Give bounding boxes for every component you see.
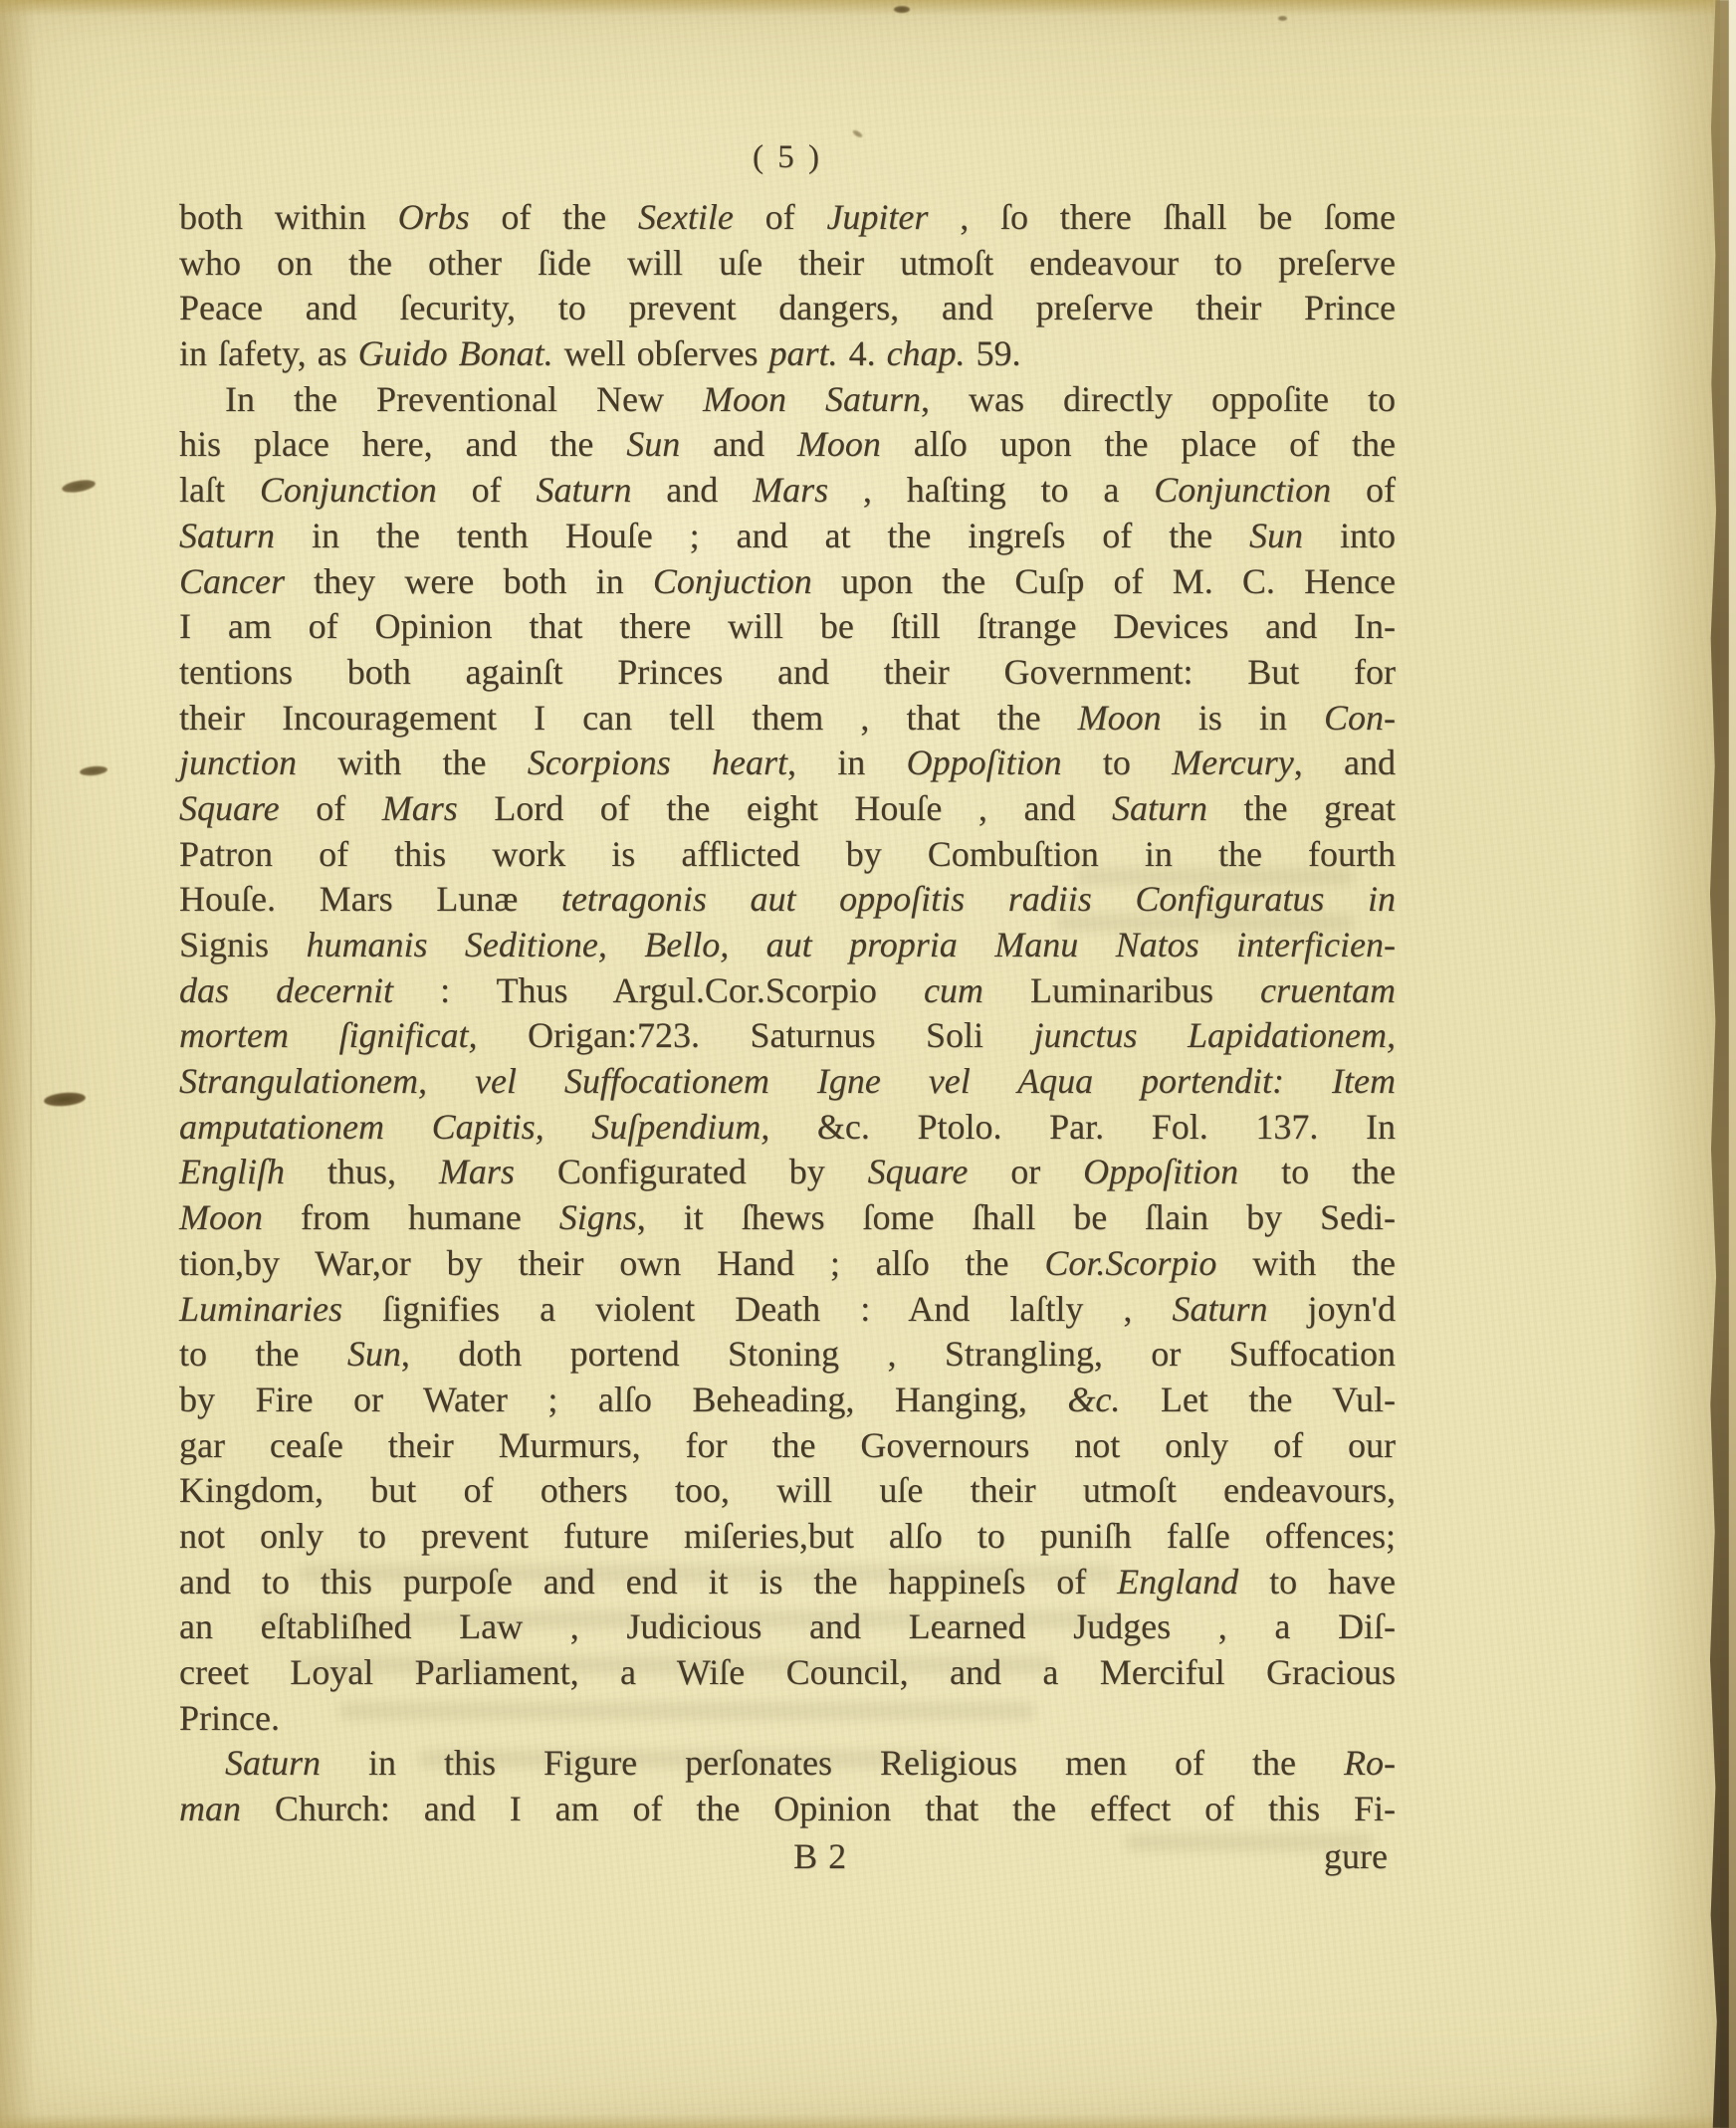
roman-text-segment: to bbox=[1062, 743, 1173, 782]
italic-text-segment: junctus Lapidationem, bbox=[1034, 1015, 1397, 1055]
roman-text-segment: to the bbox=[1238, 1152, 1396, 1191]
roman-text-segment: alſo upon the place of the bbox=[881, 424, 1396, 464]
roman-text-segment: into bbox=[1303, 516, 1396, 555]
italic-text-segment: Sun bbox=[626, 424, 680, 464]
roman-text-segment: is in bbox=[1162, 698, 1324, 738]
text-line: their Incouragement I can tell them , th… bbox=[179, 696, 1396, 742]
roman-text-segment: his place here, and the bbox=[179, 424, 626, 464]
italic-text-segment: Strangulationem, vel Suffocationem Igne … bbox=[179, 1061, 1396, 1101]
text-line: Patron of this work is afflicted by Comb… bbox=[179, 832, 1396, 878]
text-line: laſt Conjunction of Saturn and Mars , ha… bbox=[179, 468, 1396, 514]
roman-text-segment: , in bbox=[787, 743, 907, 782]
roman-text-segment: of bbox=[1331, 470, 1396, 510]
text-line: Houſe. Mars Lunæ tetragonis aut oppoſiti… bbox=[179, 877, 1396, 923]
book-page-scan: ( 5 ) both within Orbs of the Sextile of… bbox=[0, 0, 1736, 2128]
text-line: an eſtabliſhed Law , Judicious and Learn… bbox=[179, 1604, 1396, 1650]
italic-text-segment: Saturn bbox=[536, 470, 631, 510]
italic-text-segment: Orbs bbox=[398, 197, 470, 237]
text-line: and to this purpoſe and end it is the ha… bbox=[179, 1560, 1396, 1605]
roman-text-segment: Lord of the eight Houſe , and bbox=[458, 788, 1112, 828]
roman-text-segment: laſt bbox=[179, 470, 260, 510]
roman-text-segment: Let the Vul- bbox=[1120, 1380, 1396, 1419]
roman-text-segment: : Thus Argul.Cor.Scorpio bbox=[393, 970, 924, 1010]
signature-mark: B 2 bbox=[793, 1834, 846, 1880]
italic-text-segment: cruentam bbox=[1260, 970, 1396, 1010]
roman-text-segment: &c. Ptolo. Par. Fol. 137. In bbox=[769, 1107, 1396, 1147]
italic-text-segment: Saturn bbox=[225, 1743, 321, 1783]
text-line: mortem ſignificat, Origan:723. Saturnus … bbox=[179, 1013, 1396, 1059]
italic-text-segment: Moon Saturn bbox=[703, 379, 921, 419]
italic-text-segment: Moon bbox=[797, 424, 881, 464]
roman-text-segment: Prince. bbox=[179, 1698, 280, 1738]
roman-text-segment: not only to prevent future miſeries,but … bbox=[179, 1516, 1396, 1556]
roman-text-segment: 59. bbox=[966, 333, 1021, 373]
roman-text-segment: and bbox=[680, 424, 797, 464]
text-line: Signis humanis Seditione, Bello, aut pro… bbox=[179, 923, 1396, 968]
text-line: his place here, and the Sun and Moon alſ… bbox=[179, 422, 1396, 468]
italic-text-segment: Engliſh bbox=[179, 1152, 285, 1191]
text-line: Kingdom, but of others too, will uſe the… bbox=[179, 1468, 1396, 1514]
italic-text-segment: Oppoſition bbox=[907, 743, 1062, 782]
signature-line: B 2gure bbox=[179, 1834, 1396, 1880]
italic-text-segment: amputationem Capitis, Suſpendium, bbox=[179, 1107, 769, 1147]
italic-text-segment: Cancer bbox=[179, 561, 285, 601]
roman-text-segment: Church: and I am of the Opinion that the… bbox=[241, 1789, 1396, 1828]
roman-text-segment: , it ſhews ſome ſhall be ſlain by Sedi- bbox=[637, 1197, 1396, 1237]
roman-text-segment: to the bbox=[179, 1334, 347, 1374]
italic-text-segment: cum bbox=[924, 970, 983, 1010]
roman-text-segment: their Incouragement I can tell them , th… bbox=[179, 698, 1078, 738]
roman-text-segment: of bbox=[437, 470, 537, 510]
roman-text-segment: , doth portend Stoning , Strangling, or … bbox=[401, 1334, 1396, 1374]
italic-text-segment: man bbox=[179, 1789, 241, 1828]
italic-text-segment: Luminaries bbox=[179, 1289, 342, 1329]
paper-speck bbox=[852, 128, 864, 138]
roman-text-segment: and to this purpoſe and end it is the ha… bbox=[179, 1562, 1117, 1601]
italic-text-segment: Con- bbox=[1324, 698, 1396, 738]
text-line: Prince. bbox=[179, 1696, 1396, 1742]
roman-text-segment: they were both in bbox=[285, 561, 653, 601]
roman-text-segment: , was directly oppoſite to bbox=[921, 379, 1396, 419]
roman-text-segment: Houſe. Mars Lunæ bbox=[179, 879, 561, 919]
roman-text-segment: creet Loyal Parliament, a Wiſe Council, … bbox=[179, 1652, 1396, 1692]
text-line: to the Sun, doth portend Stoning , Stran… bbox=[179, 1332, 1396, 1378]
binding-crease bbox=[30, 0, 32, 2128]
italic-text-segment: Oppoſition bbox=[1083, 1152, 1238, 1191]
italic-text-segment: Conjunction bbox=[1154, 470, 1331, 510]
text-line: junction with the Scorpions heart, in Op… bbox=[179, 741, 1396, 786]
italic-text-segment: Scorpions heart bbox=[528, 743, 787, 782]
roman-text-segment: tion,by War,or by their own Hand ; alſo … bbox=[179, 1243, 1044, 1283]
roman-text-segment: in this Figure perſonates Religious men … bbox=[321, 1743, 1344, 1783]
text-line: tentions both againſt Princes and their … bbox=[179, 650, 1396, 696]
roman-text-segment: with the bbox=[297, 743, 528, 782]
roman-text-segment: and bbox=[631, 470, 753, 510]
italic-text-segment: Sextile bbox=[638, 197, 734, 237]
roman-text-segment: , ſo there ſhall be ſome bbox=[928, 197, 1396, 237]
roman-text-segment: thus, bbox=[285, 1152, 439, 1191]
italic-text-segment: Mars bbox=[753, 470, 828, 510]
text-line: both within Orbs of the Sextile of Jupit… bbox=[179, 195, 1396, 241]
roman-text-segment: or bbox=[968, 1152, 1083, 1191]
roman-text-segment: of bbox=[280, 788, 382, 828]
italic-text-segment: tetragonis aut oppoſitis radiis Configur… bbox=[561, 879, 1396, 919]
text-line: das decernit : Thus Argul.Cor.Scorpio cu… bbox=[179, 968, 1396, 1014]
italic-text-segment: junction bbox=[179, 743, 297, 782]
italic-text-segment: Mars bbox=[382, 788, 458, 828]
roman-text-segment: upon the Cuſp of M. C. Hence bbox=[812, 561, 1396, 601]
text-line: Saturn in the tenth Houſe ; and at the i… bbox=[179, 514, 1396, 559]
text-line: amputationem Capitis, Suſpendium, &c. Pt… bbox=[179, 1105, 1396, 1151]
paper-speck bbox=[894, 6, 910, 13]
roman-text-segment: with the bbox=[1216, 1243, 1396, 1283]
roman-text-segment: gar ceaſe their Murmurs, for the Governo… bbox=[179, 1425, 1396, 1465]
italic-text-segment: Jupiter bbox=[826, 197, 928, 237]
roman-text-segment: by Fire or Water ; alſo Beheading, Hangi… bbox=[179, 1380, 1067, 1419]
roman-text-segment: to have bbox=[1238, 1562, 1396, 1601]
roman-text-segment: ſignifies a violent Death : And laſtly , bbox=[342, 1289, 1172, 1329]
text-line: In the Preventional New Moon Saturn, was… bbox=[179, 377, 1396, 423]
text-line: by Fire or Water ; alſo Beheading, Hangi… bbox=[179, 1378, 1396, 1423]
paper-speck bbox=[44, 1091, 87, 1108]
text-line: tion,by War,or by their own Hand ; alſo … bbox=[179, 1241, 1396, 1287]
roman-text-segment: joyn'd bbox=[1267, 1289, 1396, 1329]
italic-text-segment: chap. bbox=[887, 333, 966, 373]
italic-text-segment: Saturn bbox=[1172, 1289, 1267, 1329]
roman-text-segment: In the Preventional New bbox=[225, 379, 703, 419]
roman-text-segment: Peace and ſecurity, to prevent dangers, … bbox=[179, 288, 1396, 327]
roman-text-segment: from humane bbox=[263, 1197, 559, 1237]
text-block: both within Orbs of the Sextile of Jupit… bbox=[179, 195, 1396, 1880]
text-line: Peace and ſecurity, to prevent dangers, … bbox=[179, 286, 1396, 331]
text-line: who on the other ſide will uſe their utm… bbox=[179, 241, 1396, 287]
paper-speck bbox=[61, 478, 96, 495]
italic-text-segment: Cor.Scorpio bbox=[1044, 1243, 1216, 1283]
roman-text-segment: well obſerves bbox=[553, 333, 769, 373]
text-line: man Church: and I am of the Opinion that… bbox=[179, 1787, 1396, 1832]
italic-text-segment: Mars bbox=[439, 1152, 515, 1191]
roman-text-segment: , haſting to a bbox=[828, 470, 1154, 510]
text-line: not only to prevent future miſeries,but … bbox=[179, 1514, 1396, 1560]
roman-text-segment: an eſtabliſhed Law , Judicious and Learn… bbox=[179, 1606, 1396, 1646]
italic-text-segment: Moon bbox=[1078, 698, 1162, 738]
italic-text-segment: Sun bbox=[1249, 516, 1303, 555]
roman-text-segment: Configurated by bbox=[515, 1152, 868, 1191]
text-line: creet Loyal Parliament, a Wiſe Council, … bbox=[179, 1650, 1396, 1696]
paper-speck bbox=[1278, 16, 1287, 21]
italic-text-segment: mortem ſignificat, bbox=[179, 1015, 477, 1055]
italic-text-segment: Signs bbox=[559, 1197, 637, 1237]
italic-text-segment: Square bbox=[868, 1152, 969, 1191]
text-line: gar ceaſe their Murmurs, for the Governo… bbox=[179, 1423, 1396, 1469]
italic-text-segment: England bbox=[1117, 1562, 1238, 1601]
roman-text-segment: Kingdom, but of others too, will uſe the… bbox=[179, 1470, 1396, 1510]
italic-text-segment: Mercury bbox=[1172, 743, 1294, 782]
roman-text-segment: in the tenth Houſe ; and at the ingreſs … bbox=[275, 516, 1249, 555]
roman-text-segment: I am of Opinion that there will be ſtill… bbox=[179, 606, 1396, 646]
text-line: Strangulationem, vel Suffocationem Igne … bbox=[179, 1059, 1396, 1105]
paper-speck bbox=[80, 765, 108, 777]
text-line: Engliſh thus, Mars Configurated by Squar… bbox=[179, 1150, 1396, 1195]
roman-text-segment: both within bbox=[179, 197, 398, 237]
italic-text-segment: Saturn bbox=[1112, 788, 1207, 828]
roman-text-segment: , and bbox=[1294, 743, 1396, 782]
italic-text-segment: Guido Bonat. bbox=[358, 333, 553, 373]
roman-text-segment: Signis bbox=[179, 925, 306, 964]
italic-text-segment: das decernit bbox=[179, 970, 393, 1010]
roman-text-segment: in ſafety, as bbox=[179, 333, 358, 373]
italic-text-segment: Ro- bbox=[1344, 1743, 1396, 1783]
italic-text-segment: Conjunction bbox=[260, 470, 437, 510]
roman-text-segment: Origan:723. Saturnus Soli bbox=[477, 1015, 1033, 1055]
italic-text-segment: Moon bbox=[179, 1197, 263, 1237]
catchword: gure bbox=[1324, 1834, 1388, 1880]
text-line: Luminaries ſignifies a violent Death : A… bbox=[179, 1287, 1396, 1333]
italic-text-segment: Square bbox=[179, 788, 280, 828]
roman-text-segment: Luminaribus bbox=[983, 970, 1260, 1010]
roman-text-segment: Patron of this work is afflicted by Comb… bbox=[179, 834, 1396, 874]
italic-text-segment: &c. bbox=[1067, 1380, 1120, 1419]
text-line: Cancer they were both in Conjuction upon… bbox=[179, 559, 1396, 605]
italic-text-segment: part. bbox=[769, 333, 838, 373]
roman-text-segment: who on the other ſide will uſe their utm… bbox=[179, 243, 1396, 283]
roman-text-segment: of bbox=[734, 197, 827, 237]
roman-text-segment: 4. bbox=[838, 333, 887, 373]
text-line: Saturn in this Figure perſonates Religio… bbox=[179, 1741, 1396, 1787]
italic-text-segment: Conjuction bbox=[653, 561, 812, 601]
page-edge-deckle bbox=[1695, 0, 1729, 2128]
text-line: Moon from humane Signs, it ſhews ſome ſh… bbox=[179, 1195, 1396, 1241]
italic-text-segment: humanis Seditione, Bello, aut propria Ma… bbox=[306, 925, 1396, 964]
roman-text-segment: of the bbox=[470, 197, 638, 237]
text-line: in ſafety, as Guido Bonat. well obſerves… bbox=[179, 331, 1396, 377]
page-number: ( 5 ) bbox=[179, 139, 1396, 176]
text-line: I am of Opinion that there will be ſtill… bbox=[179, 604, 1396, 650]
text-line: Square of Mars Lord of the eight Houſe ,… bbox=[179, 786, 1396, 832]
roman-text-segment: tentions both againſt Princes and their … bbox=[179, 652, 1396, 692]
italic-text-segment: Sun bbox=[347, 1334, 401, 1374]
italic-text-segment: Saturn bbox=[179, 516, 275, 555]
roman-text-segment: the great bbox=[1207, 788, 1396, 828]
